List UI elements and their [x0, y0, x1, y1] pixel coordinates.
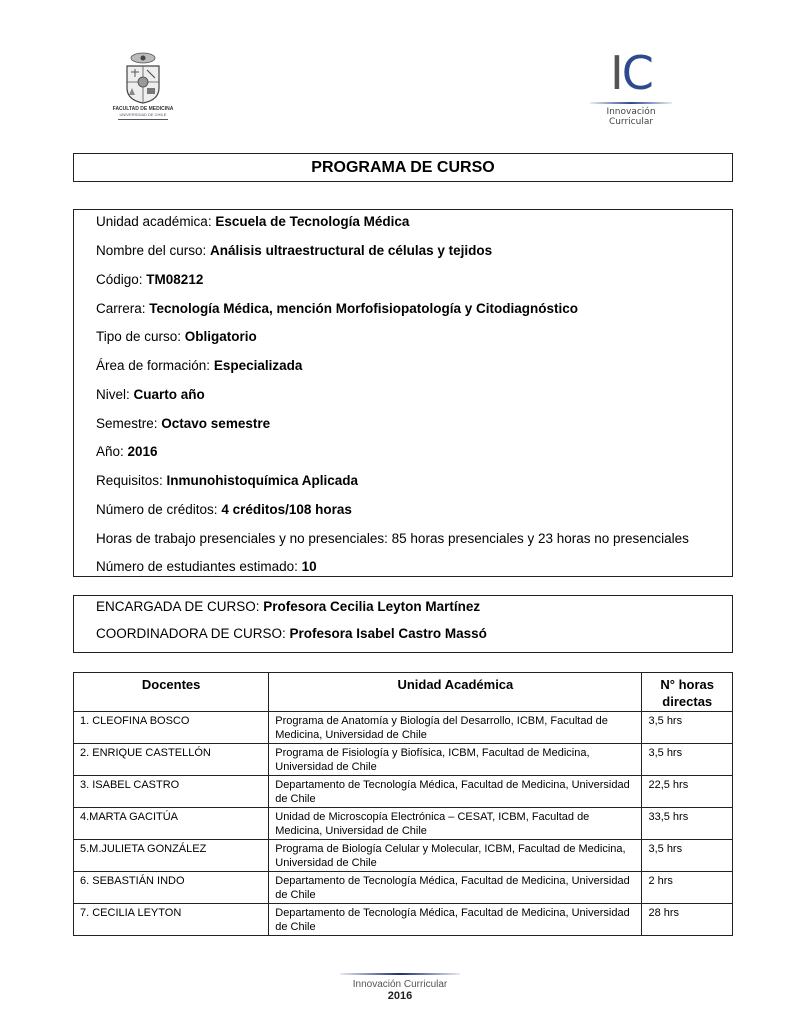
ic-logo-line2: Curricular	[596, 117, 666, 127]
info-row: Nivel: Cuarto año	[96, 387, 205, 402]
info-row: Número de estudiantes estimado: 10	[96, 559, 317, 574]
header-horas: N° horas directas	[642, 673, 733, 712]
info-label: Horas de trabajo presenciales y no prese…	[96, 531, 689, 546]
staff-label: COORDINADORA DE CURSO:	[96, 626, 290, 641]
course-staff-box: ENCARGADA DE CURSO: Profesora Cecilia Le…	[73, 595, 733, 653]
info-row: Nombre del curso: Análisis ultraestructu…	[96, 243, 492, 258]
cell-horas: 33,5 hrs	[642, 808, 733, 840]
cell-unidad: Departamento de Tecnología Médica, Facul…	[269, 904, 642, 936]
header-unidad: Unidad Académica	[269, 673, 642, 712]
table-row: 3. ISABEL CASTRODepartamento de Tecnolog…	[74, 776, 733, 808]
staff-value: Profesora Isabel Castro Massó	[290, 626, 487, 641]
cell-docente: 2. ENRIQUE CASTELLÓN	[74, 744, 269, 776]
footer-year: 2016	[340, 990, 460, 1002]
info-row: Horas de trabajo presenciales y no prese…	[96, 531, 689, 546]
info-row: Código: TM08212	[96, 272, 203, 287]
cell-docente: 6. SEBASTIÁN INDO	[74, 872, 269, 904]
university-name: UNIVERSIDAD DE CHILE	[112, 112, 174, 117]
table-row: 1. CLEOFINA BOSCOPrograma de Anatomía y …	[74, 712, 733, 744]
info-value: Cuarto año	[134, 387, 205, 402]
staff-row: ENCARGADA DE CURSO: Profesora Cecilia Le…	[96, 599, 480, 614]
table-row: 2. ENRIQUE CASTELLÓNPrograma de Fisiolog…	[74, 744, 733, 776]
cell-docente: 7. CECILIA LEYTON	[74, 904, 269, 936]
info-value: Tecnología Médica, mención Morfofisiopat…	[149, 301, 578, 316]
cell-horas: 3,5 hrs	[642, 712, 733, 744]
info-label: Área de formación:	[96, 358, 214, 373]
info-value: Análisis ultraestructural de células y t…	[210, 243, 492, 258]
info-label: Nombre del curso:	[96, 243, 210, 258]
info-value: 4 créditos/108 horas	[221, 502, 352, 517]
footer-text: Innovación Curricular	[340, 979, 460, 990]
info-value: Inmunohistoquímica Aplicada	[167, 473, 359, 488]
ic-letter-i: I	[610, 46, 622, 100]
cell-horas: 28 hrs	[642, 904, 733, 936]
cell-horas: 3,5 hrs	[642, 840, 733, 872]
cell-docente: 4.MARTA GACITÚA	[74, 808, 269, 840]
divider	[118, 119, 168, 120]
info-value: Octavo semestre	[161, 416, 270, 431]
footer-logo: Innovación Curricular 2016	[340, 973, 460, 1002]
cell-unidad: Programa de Anatomía y Biología del Desa…	[269, 712, 642, 744]
cell-unidad: Programa de Fisiología y Biofísica, ICBM…	[269, 744, 642, 776]
cell-unidad: Programa de Biología Celular y Molecular…	[269, 840, 642, 872]
cell-horas: 22,5 hrs	[642, 776, 733, 808]
table-header-row: Docentes Unidad Académica N° horas direc…	[74, 673, 733, 712]
info-row: Carrera: Tecnología Médica, mención Morf…	[96, 301, 578, 316]
info-label: Nivel:	[96, 387, 134, 402]
ic-letter-c: C	[622, 46, 652, 100]
info-label: Carrera:	[96, 301, 149, 316]
cell-unidad: Departamento de Tecnología Médica, Facul…	[269, 872, 642, 904]
teachers-table: Docentes Unidad Académica N° horas direc…	[73, 672, 733, 936]
info-label: Tipo de curso:	[96, 329, 185, 344]
info-value: 2016	[128, 444, 158, 459]
cell-unidad: Unidad de Microscopía Electrónica – CESA…	[269, 808, 642, 840]
info-row: Número de créditos: 4 créditos/108 horas	[96, 502, 352, 517]
info-value: Especializada	[214, 358, 303, 373]
info-label: Número de estudiantes estimado:	[96, 559, 302, 574]
info-label: Semestre:	[96, 416, 161, 431]
ic-logo-line1: Innovación	[596, 107, 666, 117]
info-row: Unidad académica: Escuela de Tecnología …	[96, 214, 409, 229]
info-label: Año:	[96, 444, 128, 459]
info-row: Semestre: Octavo semestre	[96, 416, 270, 431]
table-row: 4.MARTA GACITÚAUnidad de Microscopía Ele…	[74, 808, 733, 840]
cell-unidad: Departamento de Tecnología Médica, Facul…	[269, 776, 642, 808]
info-row: Área de formación: Especializada	[96, 358, 302, 373]
divider	[340, 973, 460, 975]
table-row: 5.M.JULIETA GONZÁLEZPrograma de Biología…	[74, 840, 733, 872]
university-crest-icon	[121, 50, 165, 104]
info-value: TM08212	[146, 272, 203, 287]
info-row: Requisitos: Inmunohistoquímica Aplicada	[96, 473, 358, 488]
page-title: PROGRAMA DE CURSO	[73, 153, 733, 182]
info-label: Unidad académica:	[96, 214, 215, 229]
info-row: Año: 2016	[96, 444, 158, 459]
cell-horas: 3,5 hrs	[642, 744, 733, 776]
staff-label: ENCARGADA DE CURSO:	[96, 599, 263, 614]
cell-docente: 5.M.JULIETA GONZÁLEZ	[74, 840, 269, 872]
cell-horas: 2 hrs	[642, 872, 733, 904]
faculty-logo: FACULTAD DE MEDICINA UNIVERSIDAD DE CHIL…	[112, 50, 174, 134]
cell-docente: 3. ISABEL CASTRO	[74, 776, 269, 808]
cell-docente: 1. CLEOFINA BOSCO	[74, 712, 269, 744]
info-value: 10	[302, 559, 317, 574]
info-label: Requisitos:	[96, 473, 167, 488]
innovacion-curricular-logo: IC Innovación Curricular	[596, 50, 666, 130]
header-docentes: Docentes	[74, 673, 269, 712]
info-label: Número de créditos:	[96, 502, 221, 517]
course-info-box: Unidad académica: Escuela de Tecnología …	[73, 209, 733, 577]
info-row: Tipo de curso: Obligatorio	[96, 329, 257, 344]
info-value: Escuela de Tecnología Médica	[215, 214, 409, 229]
info-value: Obligatorio	[185, 329, 257, 344]
table-row: 7. CECILIA LEYTONDepartamento de Tecnolo…	[74, 904, 733, 936]
info-label: Código:	[96, 272, 146, 287]
ic-logo-mark: IC	[596, 50, 666, 96]
table-row: 6. SEBASTIÁN INDODepartamento de Tecnolo…	[74, 872, 733, 904]
divider	[590, 102, 672, 104]
staff-value: Profesora Cecilia Leyton Martínez	[263, 599, 480, 614]
staff-row: COORDINADORA DE CURSO: Profesora Isabel …	[96, 626, 487, 641]
